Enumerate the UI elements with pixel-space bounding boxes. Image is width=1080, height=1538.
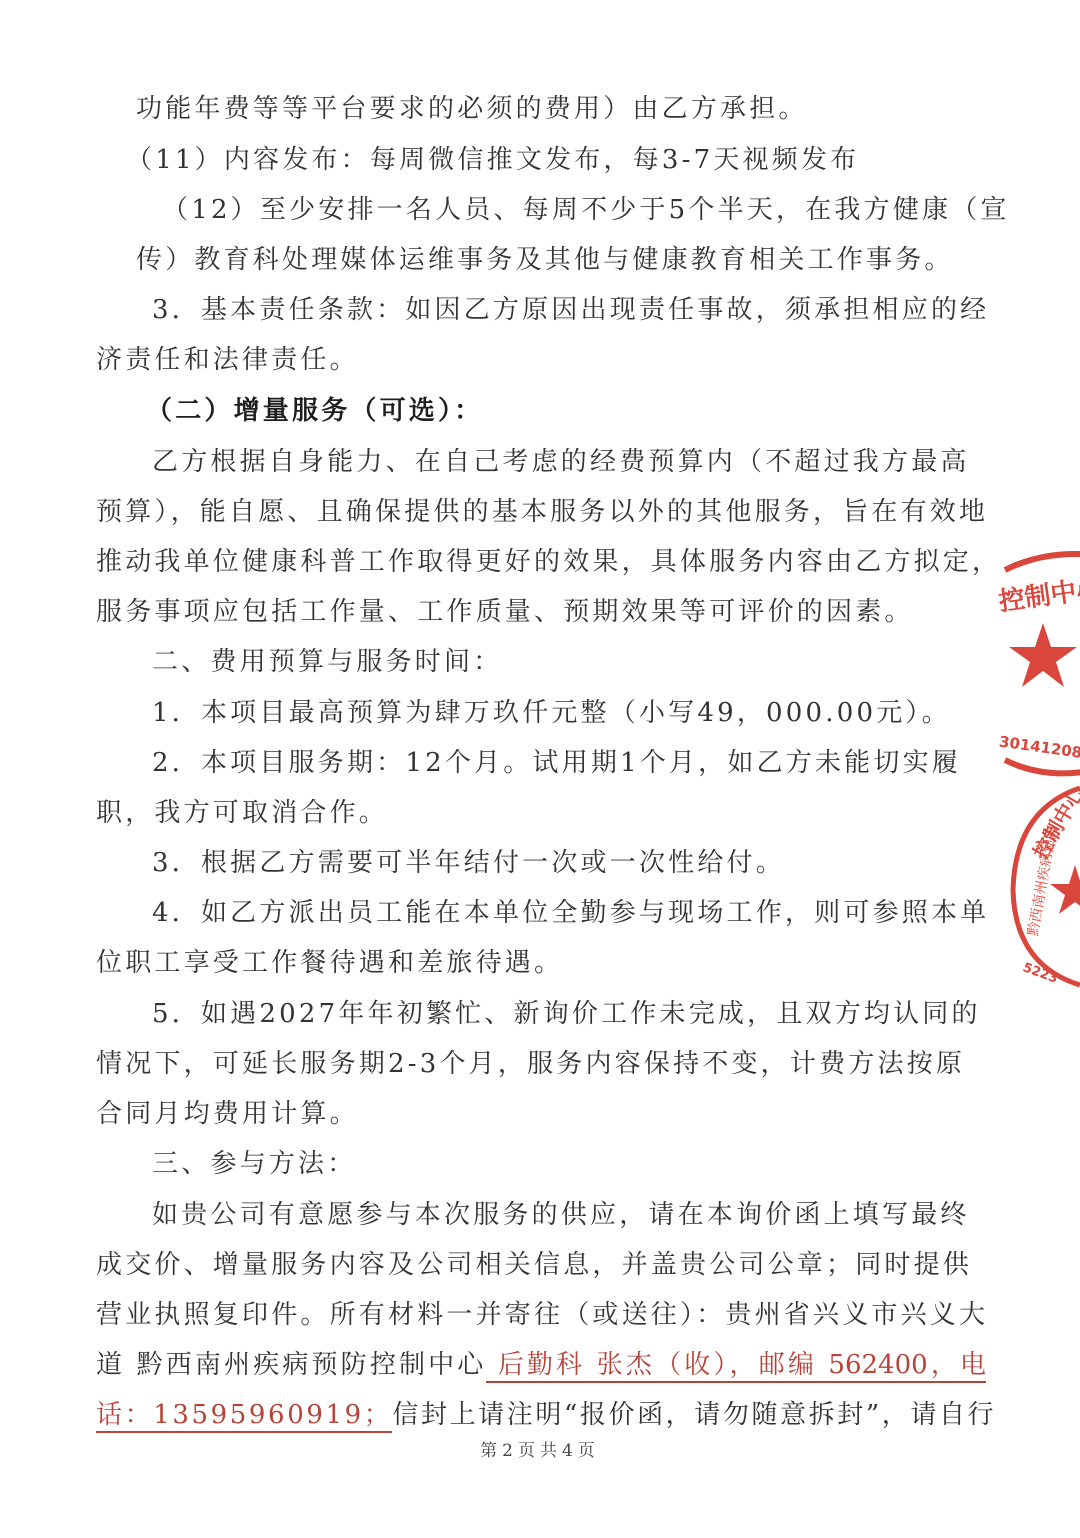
seal-star-icon (1050, 865, 1080, 914)
phone-line: 话：13595960919；信封上请注明“报价函，请勿随意拆封”，请自行 (96, 1398, 986, 1432)
section-heading: （二）增量服务（可选）： (96, 394, 986, 428)
document-page: 功能年费等等平台要求的必须的费用）由乙方承担。（11）内容发布：每周微信推文发布… (0, 0, 1080, 1538)
document-line: 合同月均费用计算。 (96, 1097, 986, 1131)
official-seal-1: 控制中心(黔 30141208 (985, 545, 1080, 780)
document-line: 职，我方可取消合作。 (96, 796, 986, 830)
document-line: 4．如乙方派出员工能在本单位全勤参与现场工作，则可参照本单 (96, 896, 986, 930)
document-line: 功能年费等等平台要求的必须的费用）由乙方承担。 (96, 92, 986, 126)
document-line: 推动我单位健康科普工作取得更好的效果，具体服务内容由乙方拟定， (96, 545, 986, 579)
document-line: 营业执照复印件。所有材料一并寄往（或送往）：贵州省兴义市兴义大 (96, 1298, 986, 1332)
svg-text:30141208: 30141208 (998, 732, 1080, 761)
document-line: 传）教育科处理媒体运维事务及其他与健康教育相关工作事务。 (96, 243, 986, 277)
document-line: 3．基本责任条款：如因乙方原因出现责任事故，须承担相应的经 (96, 293, 986, 327)
envelope-note: 信封上请注明“报价函，请勿随意拆封”，请自行 (392, 1400, 996, 1430)
document-line: 预算），能自愿、且确保提供的基本服务以外的其他服务，旨在有效地 (96, 495, 986, 529)
document-line: 1．本项目最高预算为肆万玖仟元整（小写49，000.00元）。 (96, 696, 986, 730)
document-line: 位职工享受工作餐待遇和差旅待遇。 (96, 946, 986, 980)
address-line: 道 黔西南州疾病预防控制中心 后勤科 张杰（收），邮编 562400，电 (96, 1348, 986, 1382)
address-text: 道 黔西南州疾病预防控制中心 (96, 1350, 486, 1380)
document-line: 二、费用预算与服务时间： (96, 645, 986, 679)
document-line: 情况下，可延长服务期2-3个月，服务内容保持不变，计费方法按原 (96, 1047, 986, 1081)
svg-text:黔西南州疾病预防: 黔西南州疾病预防 (1024, 824, 1060, 937)
document-line: （12）至少安排一名人员、每周不少于5个半天，在我方健康（宣 (96, 193, 986, 227)
document-line: 成交价、增量服务内容及公司相关信息，并盖贵公司公章；同时提供 (96, 1248, 986, 1282)
page-number-footer: 第2页共4页 (0, 1436, 1080, 1461)
document-line: 如贵公司有意愿参与本次服务的供应，请在本询价函上填写最终 (96, 1198, 986, 1232)
contact-highlight: 后勤科 张杰（收），邮编 562400，电 (486, 1350, 986, 1383)
document-line: 5．如遇2027年年初繁忙、新询价工作未完成，且双方均认同的 (96, 997, 986, 1031)
document-line: 服务事项应包括工作量、工作质量、预期效果等可评价的因素。 (96, 595, 986, 629)
seal-star-icon (1009, 623, 1077, 687)
phone-highlight: 话：13595960919； (96, 1400, 392, 1433)
svg-text:控制中心(黔: 控制中心(黔 (997, 568, 1080, 617)
document-line: 乙方根据自身能力、在自己考虑的经费预算内（不超过我方最高 (96, 445, 986, 479)
official-seal-2: 控制中心 黔西南州疾病预防 5223 (1005, 780, 1080, 995)
document-line: 2．本项目服务期：12个月。试用期1个月，如乙方未能切实履 (96, 746, 986, 780)
document-line: 三、参与方法： (96, 1147, 986, 1181)
document-line: 济责任和法律责任。 (96, 343, 986, 377)
document-line: 3．根据乙方需要可半年结付一次或一次性给付。 (96, 846, 986, 880)
document-line: （11）内容发布：每周微信推文发布，每3-7天视频发布 (96, 143, 986, 177)
